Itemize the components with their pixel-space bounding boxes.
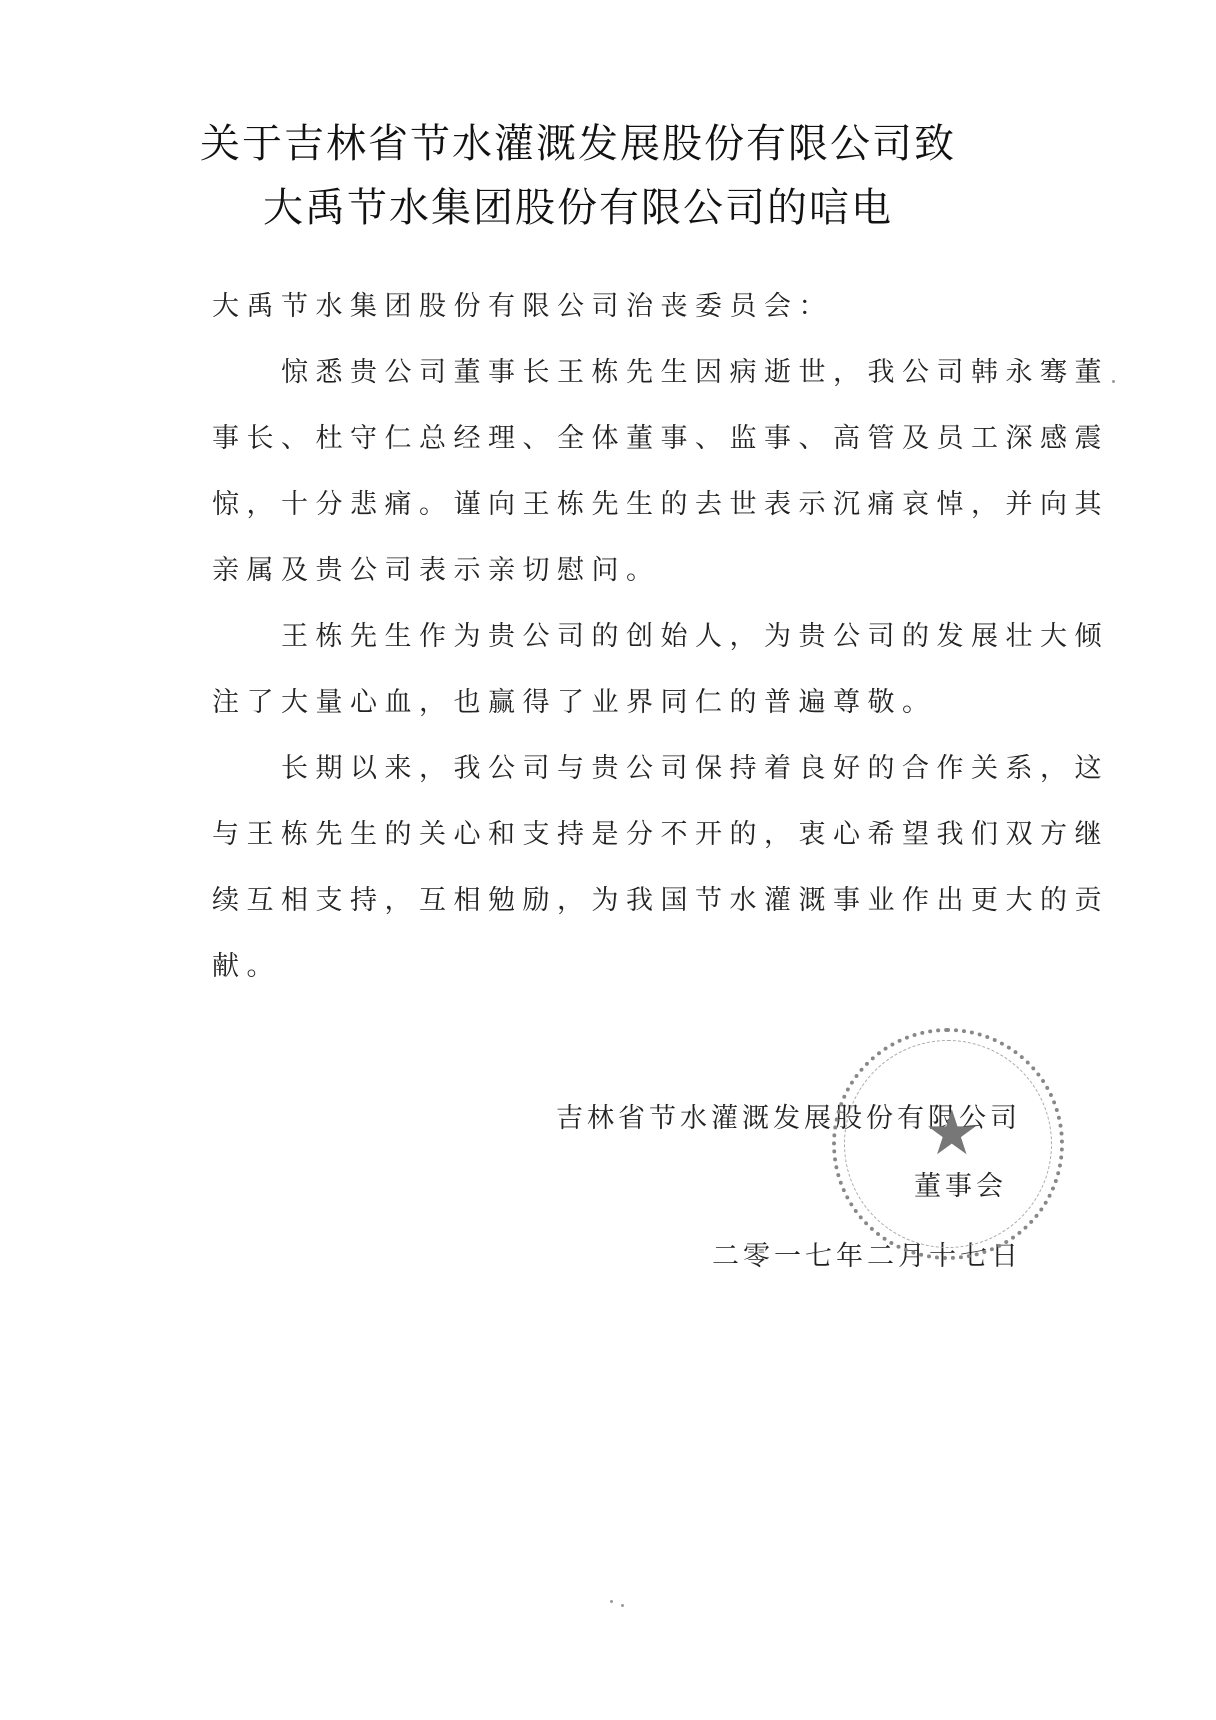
- star-icon: ★: [924, 1102, 980, 1164]
- body-line: 注了大量心血，也赢得了业界同仁的普遍尊敬。: [212, 680, 937, 719]
- body-line: 长期以来，我公司与贵公司保持着良好的合作关系，这: [212, 746, 1109, 785]
- body-line: 惊悉贵公司董事长王栋先生因病逝世，我公司韩永骞董: [212, 350, 1109, 389]
- body-line: 献。: [212, 944, 281, 983]
- scan-speck: [610, 1600, 613, 1603]
- title-line-2: 大禹节水集团股份有限公司的唁电: [0, 176, 1186, 233]
- body-line: 王栋先生作为贵公司的创始人，为贵公司的发展壮大倾: [212, 614, 1109, 653]
- body-line: 续互相支持，互相勉励，为我国节水灌溉事业作出更大的贡: [212, 878, 1109, 917]
- body-line: 惊，十分悲痛。谨向王栋先生的去世表示沉痛哀悼，并向其: [212, 482, 1109, 521]
- company-seal: ★: [832, 1028, 1064, 1260]
- scan-speck: [621, 1604, 624, 1607]
- body-line: 事长、杜守仁总经理、全体董事、监事、高管及员工深感震: [212, 416, 1109, 455]
- body-line: 与王栋先生的关心和支持是分不开的，衷心希望我们双方继: [212, 812, 1109, 851]
- salutation: 大禹节水集团股份有限公司治丧委员会：: [212, 284, 833, 323]
- scan-speck: [1112, 380, 1115, 383]
- title-line-1: 关于吉林省节水灌溉发展股份有限公司致: [0, 112, 1186, 169]
- body-line: 亲属及贵公司表示亲切慰问。: [212, 548, 661, 587]
